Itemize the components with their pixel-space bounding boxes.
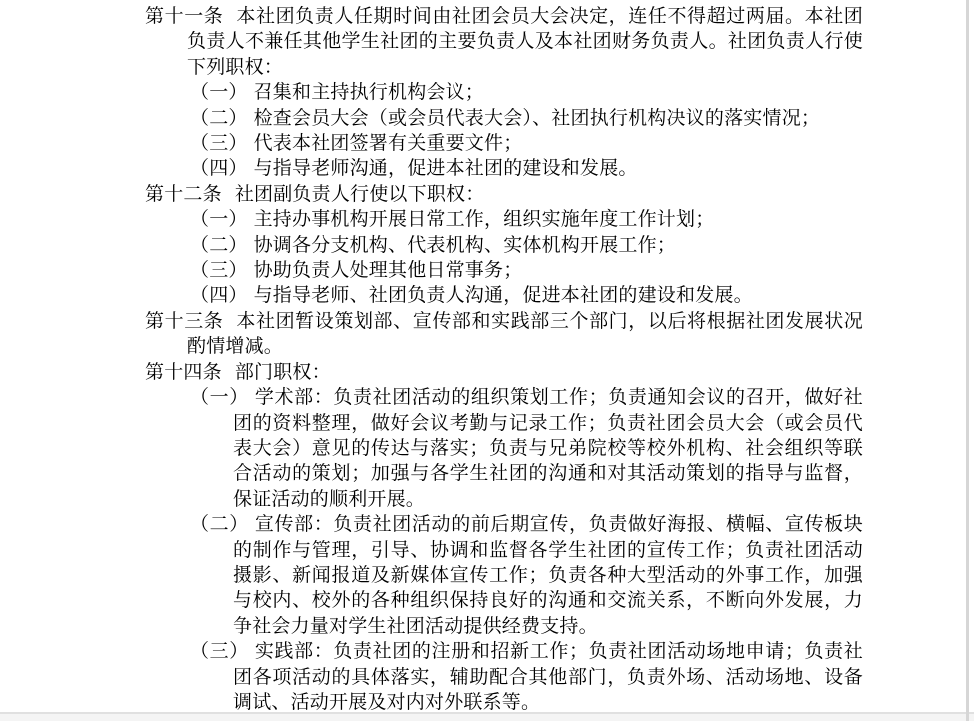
list-item-text: 与指导老师沟通，促进本社团的建设和发展。	[254, 158, 638, 179]
article-text: 社团副负责人行使以下职权：	[235, 184, 485, 205]
list-item-text: 协助负责人处理其他日常事务；	[254, 260, 523, 281]
list-item: （二）宣传部：负责社团活动的前后期宣传，负责做好海报、横幅、宣传板块的制作与管理…	[145, 512, 863, 639]
page-bottom-edge	[0, 712, 974, 721]
article-label: 第十二条	[145, 184, 222, 205]
list-item: （二）协调各分支机构、代表机构、实体机构开展工作；	[145, 233, 863, 258]
list-item-marker: （三）	[190, 260, 248, 281]
article-label: 第十四条	[145, 362, 222, 383]
list-item: （一）召集和主持执行机构会议；	[145, 80, 863, 105]
list-item-text: 检查会员大会（或会员代表大会）、社团执行机构决议的落实情况；	[254, 108, 821, 129]
article-paragraph: 第十四条部门职权：	[145, 360, 863, 385]
list-item-text: 召集和主持执行机构会议；	[254, 82, 484, 103]
article-paragraph: 第十一条本社团负责人任期时间由社团会员大会决定，连任不得超过两届。本社团负责人不…	[145, 4, 863, 80]
document-content: 第十一条本社团负责人任期时间由社团会员大会决定，连任不得超过两届。本社团负责人不…	[145, 4, 863, 715]
article-text: 部门职权：	[235, 362, 331, 383]
list-item-marker: （二）	[190, 514, 249, 535]
list-item-marker: （二）	[190, 235, 248, 256]
article-text: 本社团负责人任期时间由社团会员大会决定，连任不得超过两届。本社团负责人不兼任其他…	[187, 6, 863, 78]
page-right-edge	[966, 0, 969, 721]
list-item: （三）实践部：负责社团的注册和招新工作；负责社团活动场地申请；负责社团各项活动的…	[145, 639, 863, 715]
list-item: （一）主持办事机构开展日常工作，组织实施年度工作计划；	[145, 207, 863, 232]
list-item-marker: （一）	[190, 209, 248, 230]
list-item: （四）与指导老师、社团负责人沟通，促进本社团的建设和发展。	[145, 283, 863, 308]
article-label: 第十一条	[145, 6, 223, 27]
list-item-marker: （三）	[190, 641, 249, 662]
article-label: 第十三条	[145, 311, 223, 332]
list-item: （三）协助负责人处理其他日常事务；	[145, 258, 863, 283]
list-item-text: 宣传部：负责社团活动的前后期宣传，负责做好海报、横幅、宣传板块的制作与管理，引导…	[233, 514, 863, 637]
list-item: （二）检查会员大会（或会员代表大会）、社团执行机构决议的落实情况；	[145, 106, 863, 131]
list-item-text: 学术部：负责社团活动的组织策划工作；负责通知会议的召开，做好社团的资料整理，做好…	[233, 387, 863, 510]
list-item-marker: （一）	[190, 387, 249, 408]
list-item-marker: （四）	[190, 285, 248, 306]
list-item: （三）代表本社团签署有关重要文件；	[145, 131, 863, 156]
list-item-marker: （四）	[190, 158, 248, 179]
article-paragraph: 第十三条本社团暂设策划部、宣传部和实践部三个部门，以后将根据社团发展状况酌情增减…	[145, 309, 863, 360]
list-item-text: 与指导老师、社团负责人沟通，促进本社团的建设和发展。	[254, 285, 753, 306]
list-item-text: 代表本社团签署有关重要文件；	[254, 133, 523, 154]
article-text: 本社团暂设策划部、宣传部和实践部三个部门，以后将根据社团发展状况酌情增减。	[187, 311, 863, 357]
list-item: （四）与指导老师沟通，促进本社团的建设和发展。	[145, 156, 863, 181]
list-item-text: 主持办事机构开展日常工作，组织实施年度工作计划；	[254, 209, 715, 230]
list-item-text: 实践部：负责社团的注册和招新工作；负责社团活动场地申请；负责社团各项活动的具体落…	[233, 641, 863, 713]
article-paragraph: 第十二条社团副负责人行使以下职权：	[145, 182, 863, 207]
list-item-marker: （三）	[190, 133, 248, 154]
list-item-marker: （二）	[190, 108, 248, 129]
document-page: 第十一条本社团负责人任期时间由社团会员大会决定，连任不得超过两届。本社团负责人不…	[0, 0, 974, 721]
list-item: （一）学术部：负责社团活动的组织策划工作；负责通知会议的召开，做好社团的资料整理…	[145, 385, 863, 512]
list-item-text: 协调各分支机构、代表机构、实体机构开展工作；	[254, 235, 676, 256]
list-item-marker: （一）	[190, 82, 248, 103]
